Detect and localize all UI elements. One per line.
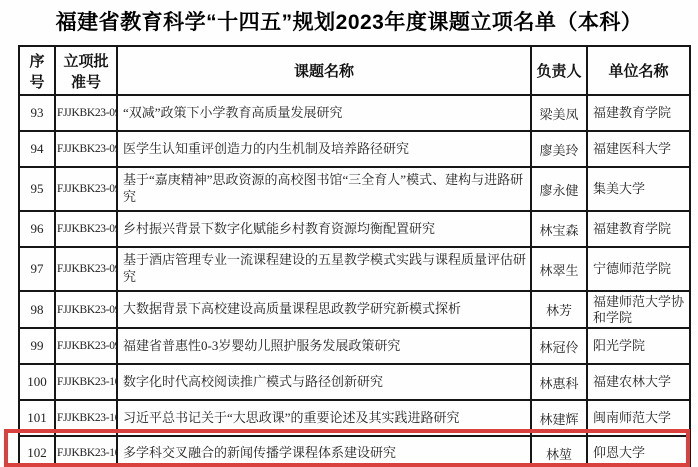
table-row: 99 FJJKBK23-099 福建省普惠性0-3岁婴幼儿照护服务发展政策研究 … (19, 328, 690, 364)
table-row: 93 FJJKBK23-093 “双减”政策下小学教育高质量发展研究 梁美凤 福… (19, 95, 690, 131)
cell-no: 100 (19, 364, 55, 400)
cell-no: 99 (19, 328, 55, 364)
cell-unit: 仰恩大学 (587, 436, 690, 467)
cell-leader: 林宝森 (531, 211, 587, 247)
cell-project: 基于“嘉庚精神”思政资源的高校图书馆“三全育人”模式、建构与进路研究 (117, 167, 531, 211)
page-title: 福建省教育科学“十四五”规划2023年度课题立项名单（本科） (0, 6, 698, 36)
cell-no: 95 (19, 167, 55, 211)
cell-no: 96 (19, 211, 55, 247)
cell-project: 多学科交叉融合的新闻传播学课程体系建设研究 (117, 436, 531, 467)
cell-unit: 集美大学 (587, 167, 690, 211)
cell-no: 94 (19, 131, 55, 167)
table-row: 100 FJJKBK23-100 数字化时代高校阅读推广模式与路径创新研究 林惠… (19, 364, 690, 400)
cell-unit: 福建农林大学 (587, 364, 690, 400)
cell-approval: FJJKBK23-101 (55, 400, 117, 436)
cell-project: 福建省普惠性0-3岁婴幼儿照护服务发展政策研究 (117, 328, 531, 364)
cell-unit: 闽南师范大学 (587, 400, 690, 436)
cell-leader: 林惠科 (531, 364, 587, 400)
header-leader: 负责人 (531, 46, 587, 95)
cell-approval: FJJKBK23-097 (55, 247, 117, 291)
cell-leader: 廖永健 (531, 167, 587, 211)
cell-project: 医学生认知重评创造力的内生机制及培养路径研究 (117, 131, 531, 167)
cell-approval: FJJKBK23-099 (55, 328, 117, 364)
cell-unit: 福建教育学院 (587, 211, 690, 247)
project-approval-table: 序号 立项批准号 课题名称 负责人 单位名称 93 FJJKBK23-093 “… (18, 45, 691, 467)
cell-leader: 林芳 (531, 291, 587, 328)
cell-approval: FJJKBK23-102 (55, 436, 117, 467)
cell-project: 大数据背景下高校建设高质量课程思政教学研究新模式探析 (117, 291, 531, 328)
table-row: 95 FJJKBK23-095 基于“嘉庚精神”思政资源的高校图书馆“三全育人”… (19, 167, 690, 211)
cell-unit: 福建医科大学 (587, 131, 690, 167)
cell-leader: 林冠伶 (531, 328, 587, 364)
cell-unit: 福建教育学院 (587, 95, 690, 131)
table-row: 94 FJJKBK23-094 医学生认知重评创造力的内生机制及培养路径研究 廖… (19, 131, 690, 167)
header-no: 序号 (19, 46, 55, 95)
cell-project: 数字化时代高校阅读推广模式与路径创新研究 (117, 364, 531, 400)
header-unit-name: 单位名称 (587, 46, 690, 95)
cell-leader: 廖美玲 (531, 131, 587, 167)
header-approval-number: 立项批准号 (55, 46, 117, 95)
table-row: 96 FJJKBK23-096 乡村振兴背景下数字化赋能乡村教育资源均衡配置研究… (19, 211, 690, 247)
cell-leader: 林建辉 (531, 400, 587, 436)
cell-project: 基于酒店管理专业一流课程建设的五星教学模式实践与课程质量评估研究 (117, 247, 531, 291)
cell-project: 习近平总书记关于“大思政课”的重要论述及其实践进路研究 (117, 400, 531, 436)
cell-no: 97 (19, 247, 55, 291)
cell-no: 98 (19, 291, 55, 328)
table-header-row: 序号 立项批准号 课题名称 负责人 单位名称 (19, 46, 690, 95)
cell-approval: FJJKBK23-100 (55, 364, 117, 400)
cell-approval: FJJKBK23-093 (55, 95, 117, 131)
cell-no: 93 (19, 95, 55, 131)
table-row: 98 FJJKBK23-098 大数据背景下高校建设高质量课程思政教学研究新模式… (19, 291, 690, 328)
cell-leader: 林堃 (531, 436, 587, 467)
cell-leader: 林翠生 (531, 247, 587, 291)
cell-unit: 阳光学院 (587, 328, 690, 364)
cell-leader: 梁美凤 (531, 95, 587, 131)
document-page: 福建省教育科学“十四五”规划2023年度课题立项名单（本科） 序号 立项批准号 … (0, 0, 698, 467)
cell-project: 乡村振兴背景下数字化赋能乡村教育资源均衡配置研究 (117, 211, 531, 247)
cell-project: “双减”政策下小学教育高质量发展研究 (117, 95, 531, 131)
table-row-highlighted: 102 FJJKBK23-102 多学科交叉融合的新闻传播学课程体系建设研究 林… (19, 436, 690, 467)
cell-approval: FJJKBK23-094 (55, 131, 117, 167)
cell-approval: FJJKBK23-096 (55, 211, 117, 247)
cell-no: 102 (19, 436, 55, 467)
cell-unit: 宁德师范学院 (587, 247, 690, 291)
table-row: 97 FJJKBK23-097 基于酒店管理专业一流课程建设的五星教学模式实践与… (19, 247, 690, 291)
cell-approval: FJJKBK23-095 (55, 167, 117, 211)
cell-no: 101 (19, 400, 55, 436)
table-row: 101 FJJKBK23-101 习近平总书记关于“大思政课”的重要论述及其实践… (19, 400, 690, 436)
cell-approval: FJJKBK23-098 (55, 291, 117, 328)
cell-unit: 福建师范大学协和学院 (587, 291, 690, 328)
header-project-name: 课题名称 (117, 46, 531, 95)
